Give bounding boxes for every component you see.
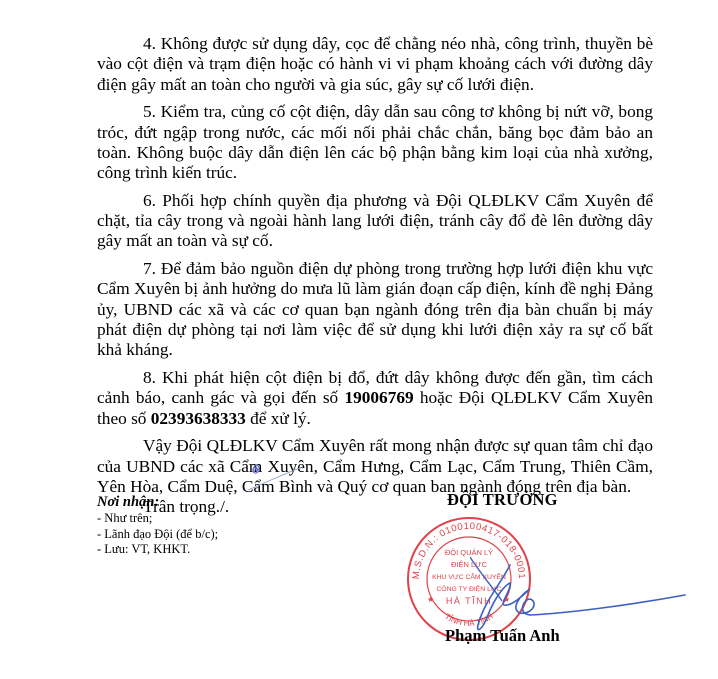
paragraph-item-8: 8. Khi phát hiện cột điện bị đổ, đứt dây… — [97, 368, 653, 429]
closing-paragraph: Vậy Đội QLĐLKV Cẩm Xuyên rất mong nhận đ… — [97, 436, 653, 497]
hotline-number: 19006769 — [344, 388, 413, 407]
item-8-text-3: để xử lý. — [246, 409, 311, 428]
paragraph-item-7: 7. Để đảm bảo nguồn điện dự phòng trong … — [97, 259, 653, 360]
paragraph-item-5: 5. Kiểm tra, củng cố cột điện, dây dẫn s… — [97, 102, 653, 183]
team-phone-number: 02393638333 — [151, 409, 246, 428]
svg-text:★: ★ — [427, 595, 434, 604]
signer-title: ĐỘI TRƯỞNG — [447, 490, 558, 510]
recipients-block: Nơi nhận: - Như trên; - Lãnh đạo Đội (để… — [97, 494, 218, 558]
recipient-item: - Lưu: VT, KHKT. — [97, 542, 218, 558]
recipient-item: - Như trên; — [97, 511, 218, 527]
paragraph-item-6: 6. Phối hợp chính quyền địa phương và Độ… — [97, 191, 653, 252]
initial-signature-icon — [244, 463, 304, 491]
recipient-item: - Lãnh đạo Đội (để b/c); — [97, 527, 218, 543]
paragraph-item-4: 4. Không được sử dụng dây, cọc để chằng … — [97, 34, 653, 95]
signer-name: Phạm Tuấn Anh — [445, 626, 560, 646]
handwritten-signature-icon — [470, 555, 690, 635]
recipients-title: Nơi nhận: — [97, 494, 218, 511]
document-body: 4. Không được sử dụng dây, cọc để chằng … — [97, 34, 653, 517]
